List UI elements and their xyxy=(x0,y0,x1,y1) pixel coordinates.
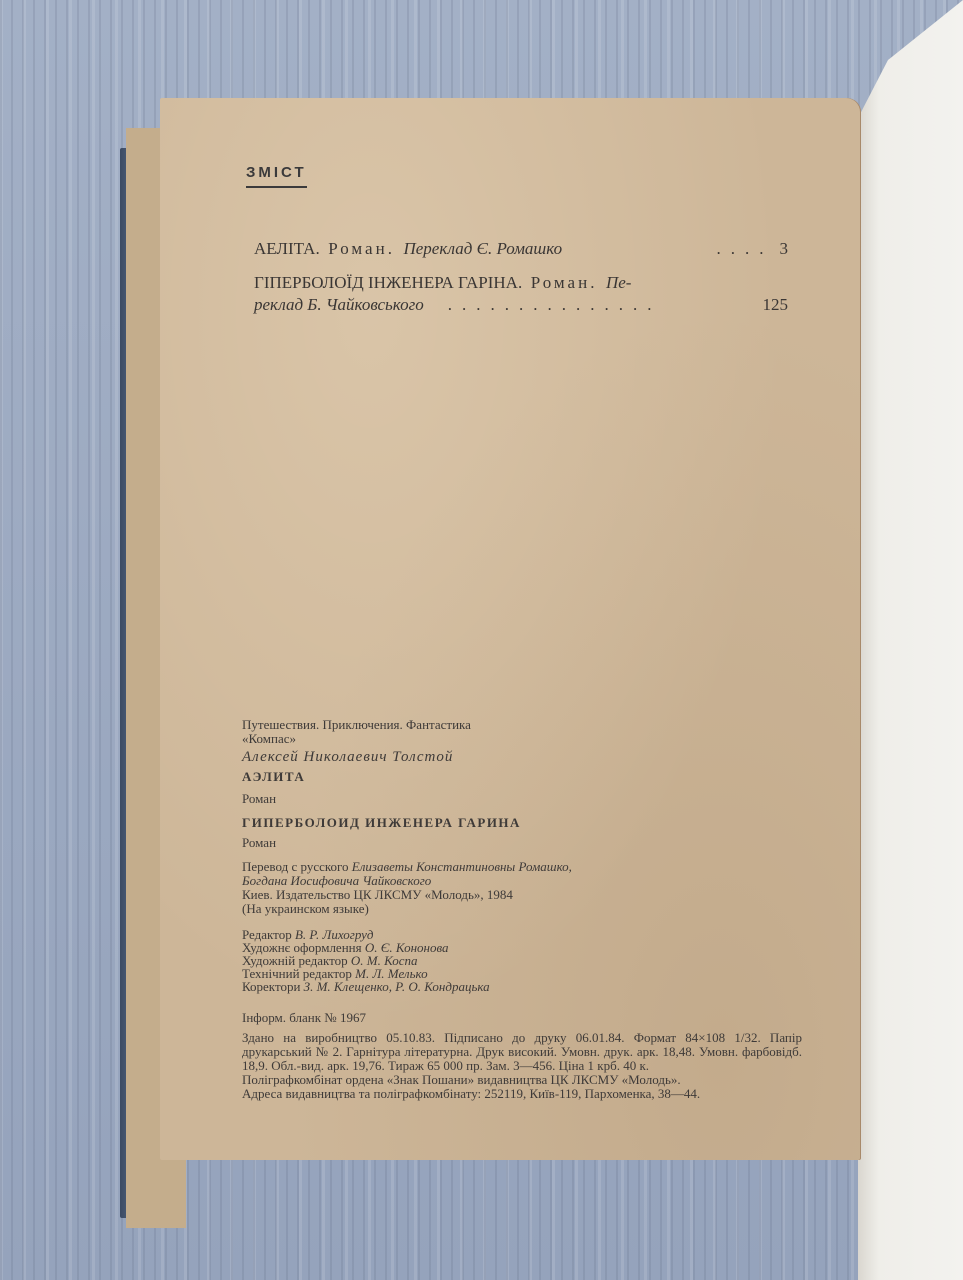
credit-proofreaders: Коректори З. М. Клещенко, Р. О. Кондраць… xyxy=(242,980,802,993)
toc-entry-title: ГІПЕРБОЛОЇД ІНЖЕНЕРА ГАРІНА. xyxy=(254,272,522,294)
toc-page-number: 125 xyxy=(763,294,789,316)
facing-page xyxy=(858,0,963,1280)
credit-role: Коректори xyxy=(242,979,300,994)
toc-entry-hyperboloid: ГІПЕРБОЛОЇД ІНЖЕНЕРА ГАРІНА. Роман. Пе- … xyxy=(254,272,788,316)
translation-prefix: Перевод с русского xyxy=(242,859,349,874)
production-info: Здано на виробництво 05.10.83. Підписано… xyxy=(242,1031,802,1073)
subseries-line: «Компас» xyxy=(242,732,802,746)
publisher-line: Киев. Издательство ЦК ЛКСМУ «Молодь», 19… xyxy=(242,888,802,902)
work2-genre: Роман xyxy=(242,836,802,850)
toc-entry-translator: Переклад Є. Ромашко xyxy=(403,238,562,260)
imprint-block: Путешествия. Приключения. Фантастика «Ко… xyxy=(242,718,802,1101)
toc-entry-translator-part1: Пе- xyxy=(606,272,631,294)
book-page: ЗМІСТ АЕЛІТА. Роман. Переклад Є. Ромашко… xyxy=(160,98,860,1160)
credits-list: Редактор В. Р. Лихогруд Художнє оформлен… xyxy=(242,928,802,993)
author-name: Алексей Николаевич Толстой xyxy=(242,750,802,764)
work2-title: ГИПЕРБОЛОИД ИНЖЕНЕРА ГАРИНА xyxy=(242,816,802,830)
toc-heading: ЗМІСТ xyxy=(246,164,307,188)
work1-genre: Роман xyxy=(242,792,802,806)
translator-2: Богдана Иосифовича Чайковского xyxy=(242,874,802,888)
toc-entry-genre: Роман. xyxy=(328,238,395,260)
toc-entry-title: АЕЛІТА. xyxy=(254,238,320,260)
table-of-contents: АЕЛІТА. Роман. Переклад Є. Ромашко .... … xyxy=(254,238,788,316)
toc-page-number: 3 xyxy=(780,238,789,260)
address-info: Адреса видавництва та поліграфкомбінату:… xyxy=(242,1087,802,1101)
inform-blank: Інформ. бланк № 1967 xyxy=(242,1011,802,1025)
toc-entry-aelita: АЕЛІТА. Роман. Переклад Є. Ромашко .... … xyxy=(254,238,788,260)
work1-title: АЭЛИТА xyxy=(242,770,802,784)
toc-entry-translator-part2: реклад Б. Чайковського xyxy=(254,294,424,316)
series-line: Путешествия. Приключения. Фантастика xyxy=(242,718,802,732)
credit-name: З. М. Клещенко, Р. О. Кондрацька xyxy=(304,979,490,994)
printer-info: Поліграфкомбінат ордена «Знак Пошани» ви… xyxy=(242,1073,802,1087)
language-note: (На украинском языке) xyxy=(242,902,802,916)
toc-entry-genre: Роман. xyxy=(531,272,598,294)
toc-leader-dots: .... xyxy=(562,238,773,260)
translation-credit: Перевод с русского Елизаветы Константино… xyxy=(242,860,802,874)
translator-1: Елизаветы Константиновны Ромашко, xyxy=(352,859,572,874)
toc-leader-dots: ............... xyxy=(424,294,757,316)
